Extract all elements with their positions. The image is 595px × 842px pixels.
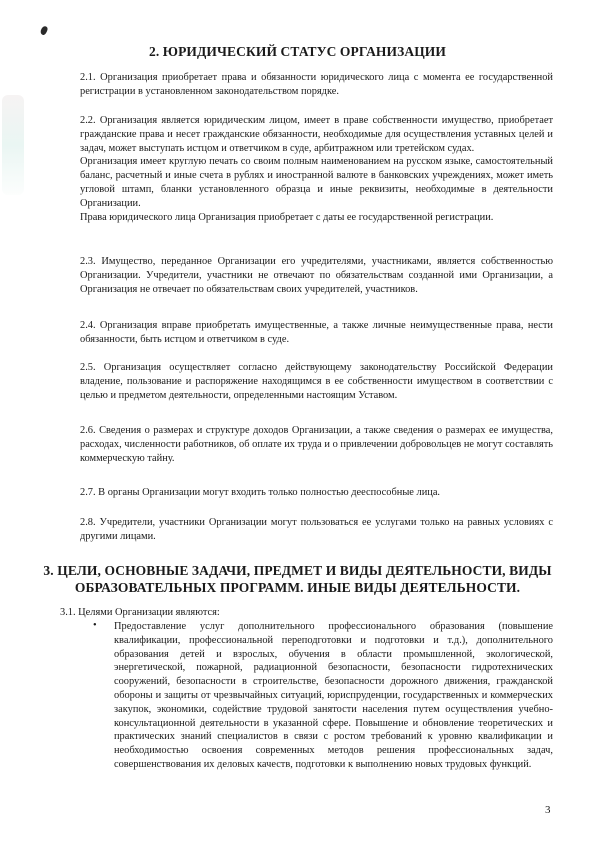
page-number: 3 [545,804,551,816]
paragraph-2-2-text: 2.2. Организация является юридическим ли… [80,114,553,155]
section-3-title-line-2: ОБРАЗОВАТЕЛЬНЫХ ПРОГРАММ. ИНЫЕ ВИДЫ ДЕЯТ… [0,579,595,596]
paragraph-3-1: 3.1. Целями Организации являются: [60,606,533,620]
scan-smudge [2,95,24,195]
paragraph-2-5-text: 2.5. Организация осуществляет согласно д… [80,361,553,402]
paragraph-2-2-seal-text: Организация имеет круглую печать со свои… [80,155,553,210]
paragraph-2-3: 2.3. Имущество, переданное Организации е… [80,255,553,296]
bullet-item-goals-text: Предоставление услуг дополнительного про… [114,620,553,772]
section-3-title: 3. ЦЕЛИ, ОСНОВНЫЕ ЗАДАЧИ, ПРЕДМЕТ И ВИДЫ… [0,562,595,596]
paragraph-2-6-text: 2.6. Сведения о размерах и структуре дох… [80,424,553,465]
paragraph-2-2-rights-text: Права юридического лица Организация прио… [80,211,553,225]
paragraph-2-4: 2.4. Организация вправе приобретать имущ… [80,319,553,347]
paragraph-2-8-text: 2.8. Учредители, участники Организации м… [80,516,553,544]
paragraph-2-1-text: 2.1. Организация приобретает права и обя… [80,71,553,99]
paragraph-2-7: 2.7. В органы Организации могут входить … [80,486,553,500]
ink-mark [39,25,49,36]
paragraph-2-7-text: 2.7. В органы Организации могут входить … [80,486,553,500]
paragraph-2-3-text: 2.3. Имущество, переданное Организации е… [80,255,553,296]
section-3-title-line-1: 3. ЦЕЛИ, ОСНОВНЫЕ ЗАДАЧИ, ПРЕДМЕТ И ВИДЫ… [0,562,595,579]
paragraph-2-5: 2.5. Организация осуществляет согласно д… [80,361,553,402]
section-2-title: 2. ЮРИДИЧЕСКИЙ СТАТУС ОРГАНИЗАЦИИ [0,44,595,60]
bullet-item-goals: Предоставление услуг дополнительного про… [114,620,553,772]
paragraph-2-6: 2.6. Сведения о размерах и структуре дох… [80,424,553,465]
bullet-icon: • [93,620,97,631]
paragraph-2-2: 2.2. Организация является юридическим ли… [80,114,553,224]
paragraph-3-1-text: 3.1. Целями Организации являются: [60,606,533,620]
paragraph-2-1: 2.1. Организация приобретает права и обя… [80,71,553,99]
paragraph-2-8: 2.8. Учредители, участники Организации м… [80,516,553,544]
paragraph-2-4-text: 2.4. Организация вправе приобретать имущ… [80,319,553,347]
